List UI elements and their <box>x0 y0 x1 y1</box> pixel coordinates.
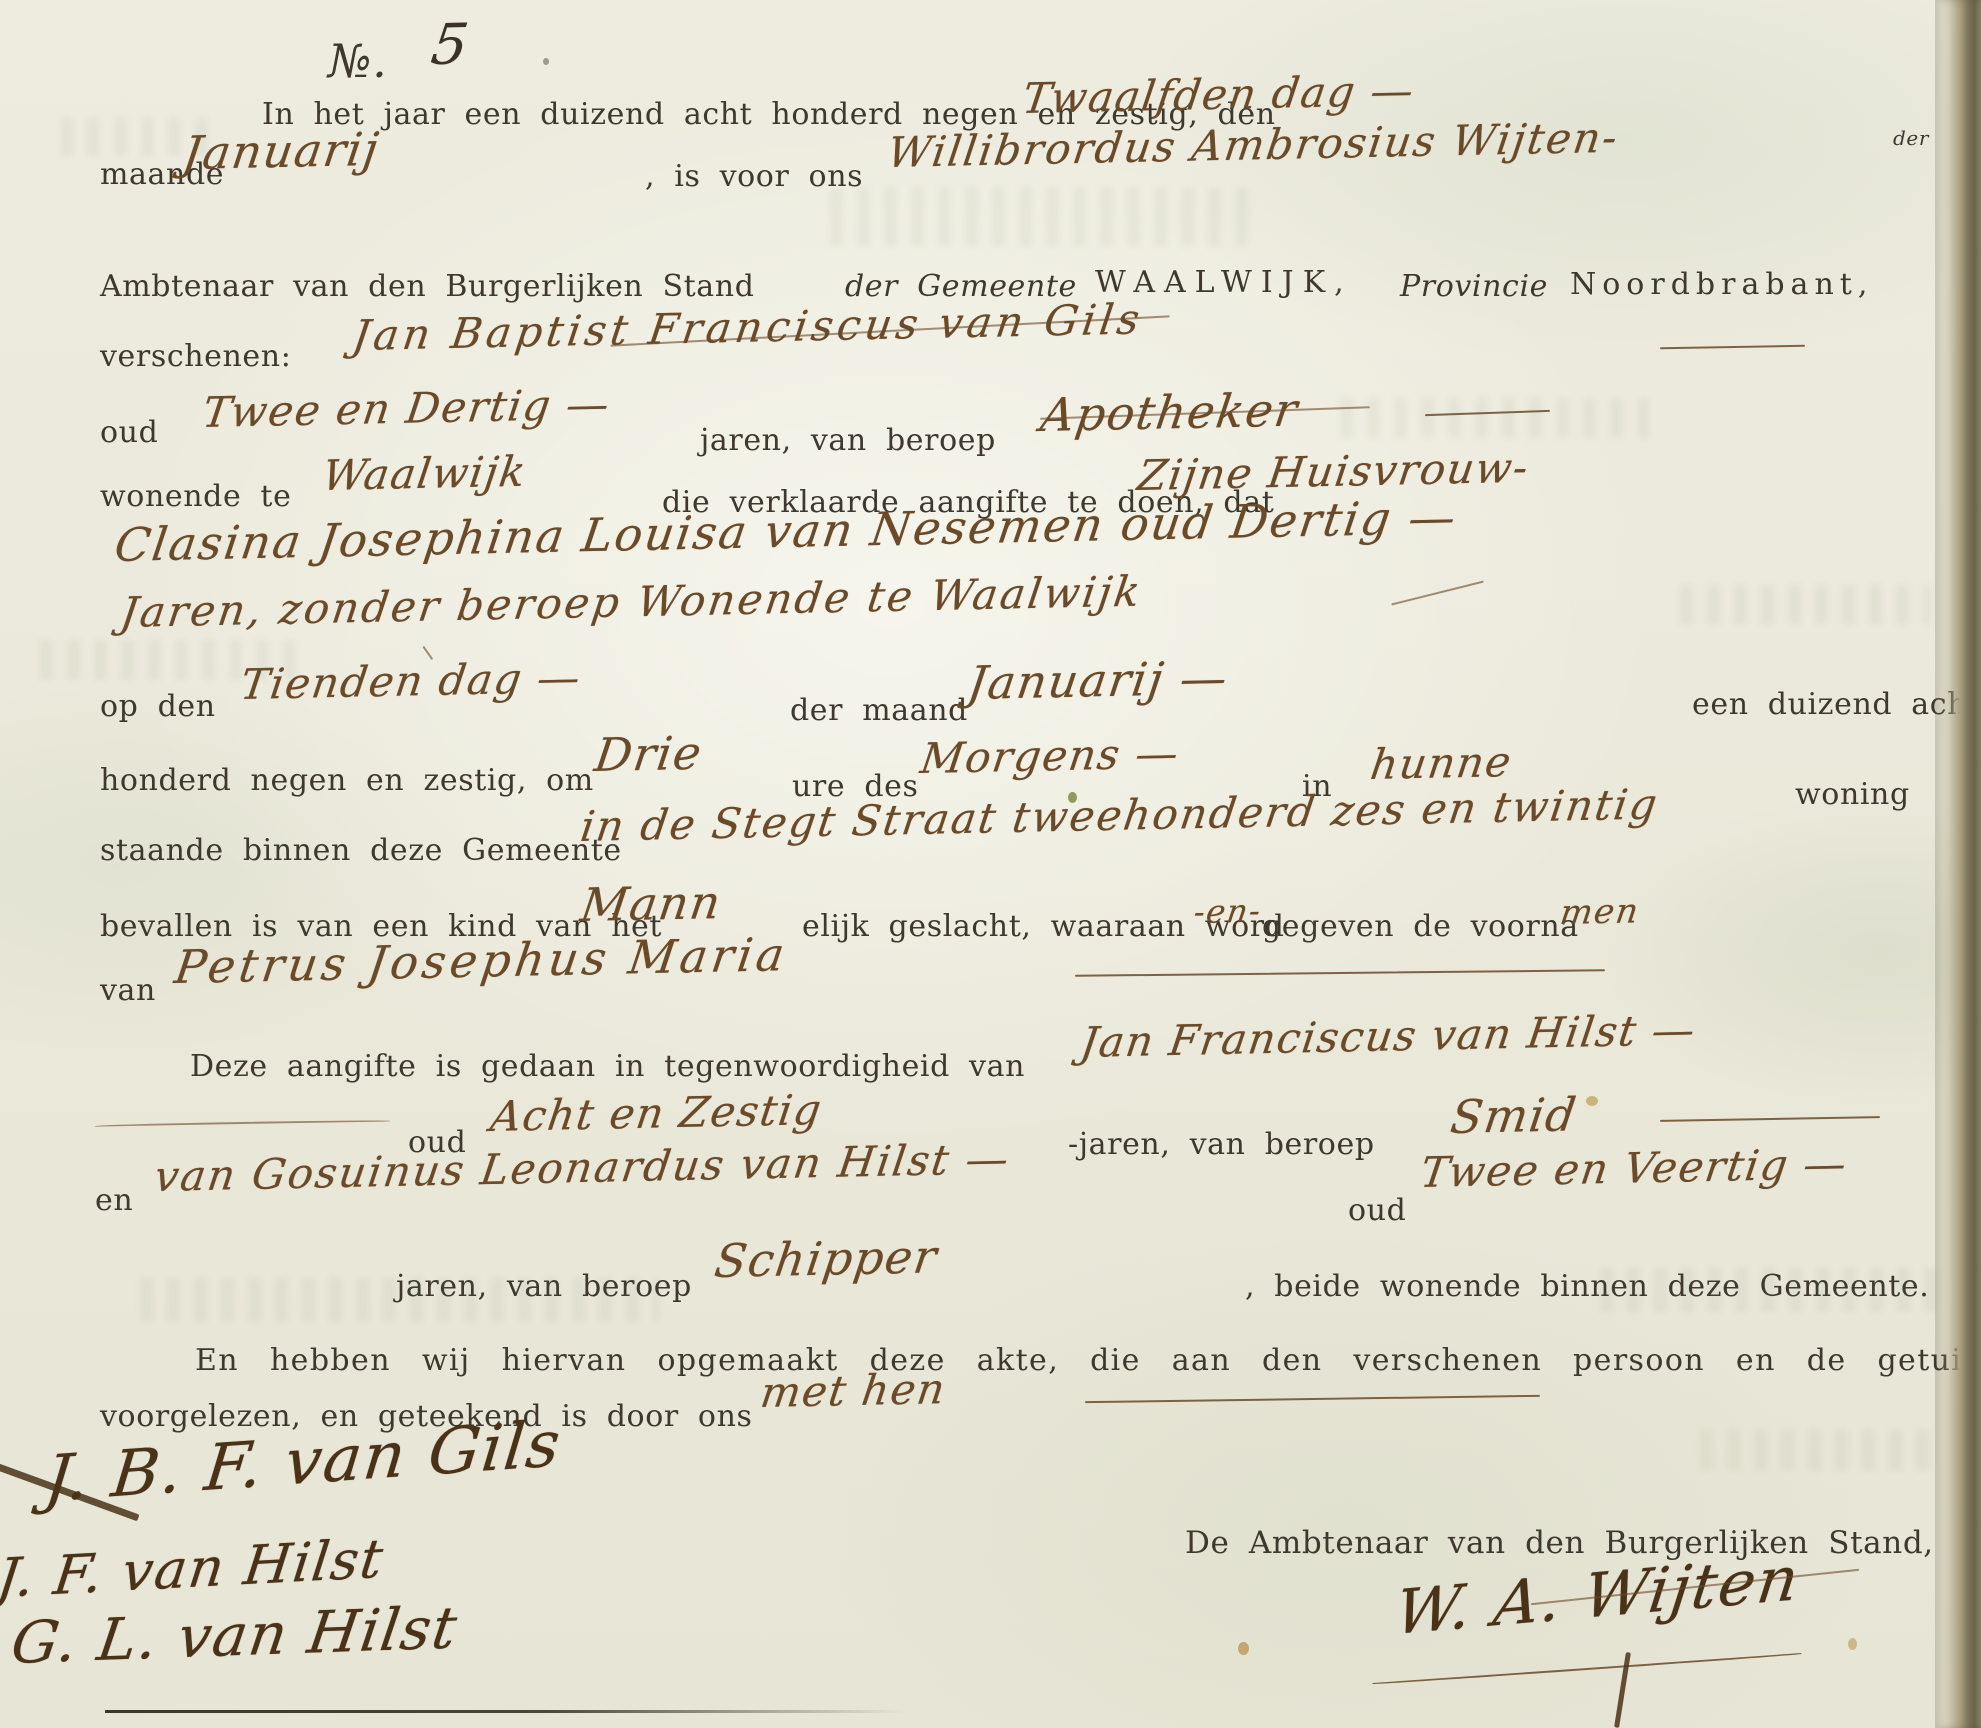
entry-declarant-age: Twee en Dertig — <box>200 384 613 434</box>
entry-witness1-profession: Smid <box>1448 1091 1580 1140</box>
entry-birth-hour: Drie <box>592 730 705 778</box>
signature-witness1: J. F. van Hilst <box>0 1532 387 1606</box>
preprinted-closing-line1: En hebben wij hiervan opgemaakt deze akt… <box>195 1346 1981 1376</box>
ink-fill-line <box>1660 1116 1880 1122</box>
preprinted-is-voor-ons: , is voor ons <box>645 162 863 192</box>
entry-birth-month: Januarij — <box>965 655 1231 706</box>
preprinted-wonende-te: wonende te <box>100 482 291 512</box>
entry-mother-occupation-residence: Jaren, zonder beroep Wonende te Waalwijk <box>118 571 1145 634</box>
entry-witness2-age: Twee en Veertig — <box>1418 1143 1850 1194</box>
bleedthrough-smudge <box>1680 585 1930 625</box>
entry-birth-address: in de Stegt Straat tweehonderd zes en tw… <box>578 784 1661 848</box>
entry-relation-huisvrouw: Zijne Huisvrouw- <box>1135 447 1532 497</box>
ink-flourish-line <box>1372 1653 1801 1685</box>
preprinted-van: van <box>100 976 156 1006</box>
entry-suffix-men: men <box>1558 894 1642 930</box>
preprinted-honderd-negen-zestig: honderd negen en zestig, om <box>100 766 594 796</box>
ink-flourish-line <box>1391 581 1484 605</box>
entry-child-names: Petrus Josephus Maria <box>172 931 791 990</box>
entry-whose-dwelling: hunne <box>1368 741 1515 786</box>
margin-note-der: der <box>1893 128 1929 148</box>
preprinted-woning: woning <box>1795 780 1910 810</box>
bleedthrough-smudge <box>830 188 1260 246</box>
entry-met-hen: met hen <box>758 1368 949 1414</box>
bleedthrough-smudge <box>1340 398 1660 438</box>
signature-witness2: G. L. van Hilst <box>8 1599 462 1672</box>
preprinted-der-maand: der maand <box>790 696 968 726</box>
officer-title-line: De Ambtenaar van den Burgerlijken Stand, <box>1185 1528 1934 1559</box>
entry-declarant-residence: Waalwijk <box>320 451 529 497</box>
birth-record-page: №. 5 In het jaar een duizend acht honder… <box>0 0 1981 1728</box>
preprinted-jaren-beroep-witness2: jaren, van beroep <box>396 1272 692 1302</box>
ink-speck <box>1848 1638 1857 1650</box>
entry-registrar-name: Willibrordus Ambrosius Wijten- <box>885 117 1622 174</box>
ink-speck <box>543 58 549 65</box>
entry-record-month: Januarij <box>180 126 382 176</box>
entry-witness2-name: van Gosuinus Leonardus van Hilst — <box>152 1138 1013 1198</box>
page-binding-edge <box>1935 0 1981 1728</box>
ink-fill-line <box>95 1119 390 1126</box>
entry-witness1-name: Jan Franciscus van Hilst — <box>1078 1009 1699 1064</box>
preprinted-jaren-beroep-witness1: -jaren, van beroep <box>1068 1130 1375 1160</box>
ink-fill-line <box>1075 969 1605 977</box>
preprinted-oud: oud <box>100 418 158 448</box>
preprinted-op-den: op den <box>100 692 216 722</box>
ink-fill-line <box>1660 345 1805 350</box>
entry-witness2-profession: Schipper <box>712 1233 941 1284</box>
preprinted-gegeven-voorna: gegeven de voorna <box>1262 912 1579 942</box>
record-number-label: №. <box>328 38 387 84</box>
entry-birth-day: Tienden dag — <box>238 657 584 706</box>
preprinted-deze-aangifte: Deze aangifte is gedaan in tegenwoordigh… <box>190 1052 1025 1082</box>
bleedthrough-smudge <box>1700 1430 1940 1470</box>
entry-child-gender: Mann <box>578 879 725 928</box>
record-number-value: 5 <box>428 17 473 74</box>
entry-municipality: WAALWIJK, <box>1095 268 1353 298</box>
entry-province: Noordbrabant, <box>1570 270 1873 300</box>
preprinted-staande-binnen: staande binnen deze Gemeente <box>100 836 622 866</box>
preprinted-verschenen: verschenen: <box>100 342 291 372</box>
preprinted-provincie: Provincie <box>1400 272 1548 302</box>
entry-declarant-name: Jan Baptist Franciscus van Gils <box>350 299 1146 357</box>
ink-speck <box>1238 1642 1249 1655</box>
preprinted-registrar-title: Ambtenaar van den Burgerlijken Stand <box>100 272 755 302</box>
ink-fill-line <box>1085 1395 1540 1403</box>
preprinted-en: en <box>95 1186 133 1216</box>
preprinted-oud-witness2: oud <box>1348 1196 1406 1226</box>
ink-flourish-line <box>1614 1652 1631 1728</box>
entry-mother-name-age: Clasina Josephina Louisa van Nesemen oud… <box>112 494 1460 568</box>
entry-time-of-day: Morgens — <box>918 733 1182 780</box>
preprinted-beide-wonende: , beide wonende binnen deze Gemeente. <box>1245 1272 1929 1302</box>
preprinted-jaren-beroep: jaren, van beroep <box>700 426 996 456</box>
entry-inserted-en: -en- <box>1192 895 1264 928</box>
ink-speck <box>1586 1096 1598 1106</box>
entry-witness1-age: Acht en Zestig <box>488 1089 825 1138</box>
entry-record-day: Twaalfden dag — <box>1020 70 1417 120</box>
ink-fill-line <box>1425 410 1550 416</box>
page-bottom-rule <box>105 1710 905 1713</box>
